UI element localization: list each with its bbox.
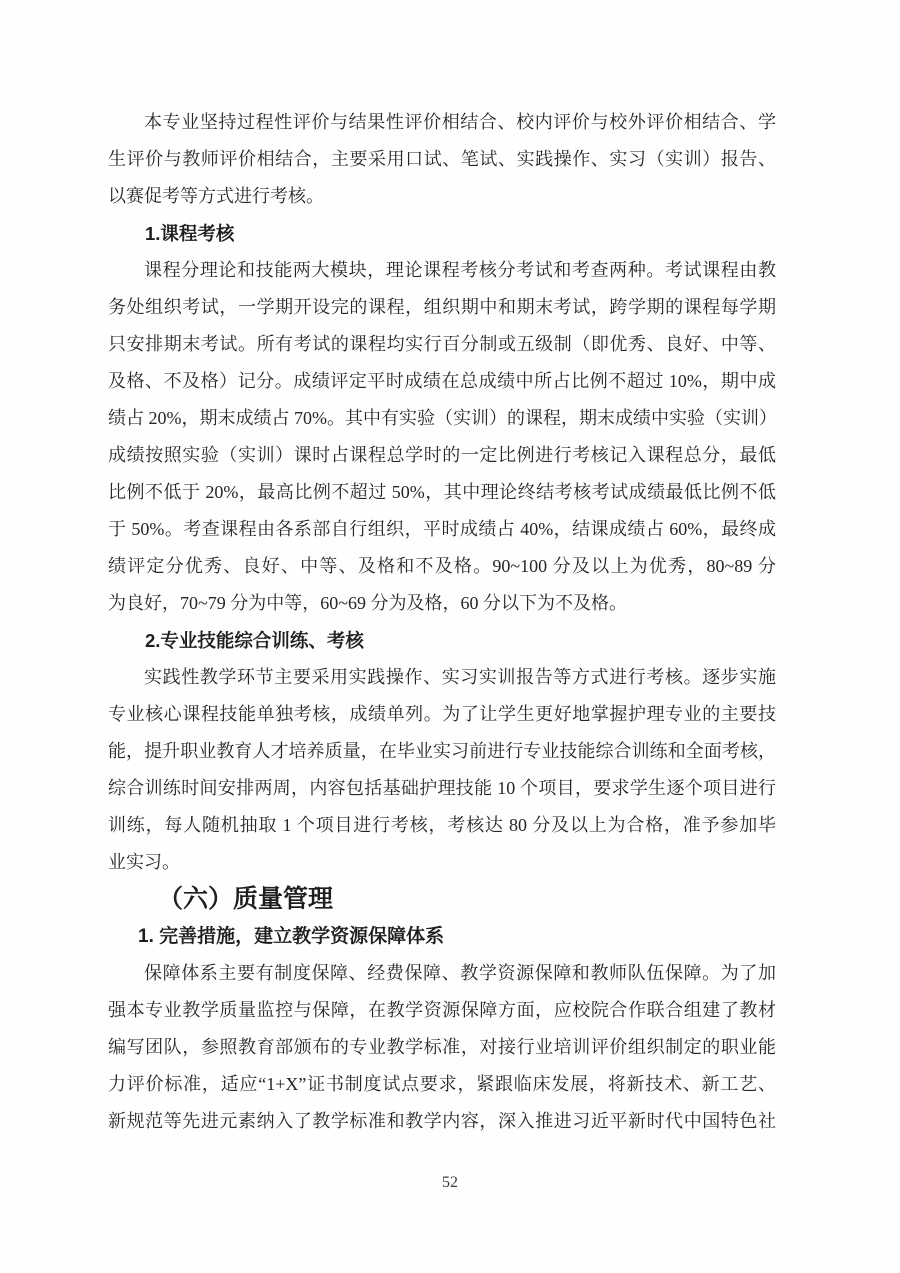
- text-line: 保障体系主要有制度保障、经费保障、教学资源保障和教师队伍保障。为了加: [108, 955, 776, 992]
- text-line: 综合训练时间安排两周，内容包括基础护理技能 10 个项目，要求学生逐个项目进行: [108, 770, 776, 807]
- text-line: 以赛促考等方式进行考核。: [108, 178, 776, 215]
- text-line: 于 50%。考查课程由各系部自行组织，平时成绩占 40%，结课成绩占 60%，最…: [108, 511, 776, 548]
- text-line: 生评价与教师评价相结合，主要采用口试、笔试、实践操作、实习（实训）报告、: [108, 141, 776, 178]
- paragraph-safeguard-system: 保障体系主要有制度保障、经费保障、教学资源保障和教师队伍保障。为了加 强本专业教…: [108, 955, 776, 1140]
- text-line: 力评价标准，适应“1+X”证书制度试点要求，紧跟临床发展，将新技术、新工艺、: [108, 1066, 776, 1103]
- text-line: 为良好，70~79 分为中等，60~69 分为及格，60 分以下为不及格。: [108, 585, 776, 622]
- page-number: 52: [0, 1172, 900, 1194]
- text-line: 成绩按照实验（实训）课时占课程总学时的一定比例进行考核记入课程总分，最低: [108, 437, 776, 474]
- heading-course-assessment: 1.课程考核: [108, 215, 776, 252]
- section-heading-quality-management: （六）质量管理: [108, 881, 776, 918]
- text-line: 务处组织考试，一学期开设完的课程，组织期中和期末考试，跨学期的课程每学期: [108, 289, 776, 326]
- text-line: 只安排期末考试。所有考试的课程均实行百分制或五级制（即优秀、良好、中等、: [108, 326, 776, 363]
- text-line: 业实习。: [108, 844, 776, 881]
- document-page: 本专业坚持过程性评价与结果性评价相结合、校内评价与校外评价相结合、学 生评价与教…: [108, 104, 776, 1140]
- text-line: 编写团队，参照教育部颁布的专业教学标准，对接行业培训评价组织制定的职业能: [108, 1029, 776, 1066]
- text-line: 强本专业教学质量监控与保障，在教学资源保障方面，应校院合作联合组建了教材: [108, 992, 776, 1029]
- text-line: 本专业坚持过程性评价与结果性评价相结合、校内评价与校外评价相结合、学: [108, 104, 776, 141]
- text-line: 绩评定分优秀、良好、中等、及格和不及格。90~100 分及以上为优秀，80~89…: [108, 548, 776, 585]
- subheading-safeguard-system: 1. 完善措施，建立教学资源保障体系: [108, 918, 776, 955]
- text-line: 新规范等先进元素纳入了教学标准和教学内容，深入推进习近平新时代中国特色社: [108, 1103, 776, 1140]
- text-line: 训练，每人随机抽取 1 个项目进行考核，考核达 80 分及以上为合格，准予参加毕: [108, 807, 776, 844]
- text-line: 课程分理论和技能两大模块，理论课程考核分考试和考查两种。考试课程由教: [108, 252, 776, 289]
- paragraph-skills-training: 实践性教学环节主要采用实践操作、实习实训报告等方式进行考核。逐步实施 专业核心课…: [108, 659, 776, 881]
- text-line: 能，提升职业教育人才培养质量，在毕业实习前进行专业技能综合训练和全面考核，: [108, 733, 776, 770]
- paragraph-evaluation-overview: 本专业坚持过程性评价与结果性评价相结合、校内评价与校外评价相结合、学 生评价与教…: [108, 104, 776, 215]
- text-line: 绩占 20%，期末成绩占 70%。其中有实验（实训）的课程，期末成绩中实验（实训…: [108, 400, 776, 437]
- text-line: 专业核心课程技能单独考核，成绩单列。为了让学生更好地掌握护理专业的主要技: [108, 696, 776, 733]
- text-line: 比例不低于 20%，最高比例不超过 50%，其中理论终结考核考试成绩最低比例不低: [108, 474, 776, 511]
- heading-skills-training-assessment: 2.专业技能综合训练、考核: [108, 622, 776, 659]
- paragraph-course-assessment: 课程分理论和技能两大模块，理论课程考核分考试和考查两种。考试课程由教 务处组织考…: [108, 252, 776, 622]
- text-line: 实践性教学环节主要采用实践操作、实习实训报告等方式进行考核。逐步实施: [108, 659, 776, 696]
- text-line: 及格、不及格）记分。成绩评定平时成绩在总成绩中所占比例不超过 10%，期中成: [108, 363, 776, 400]
